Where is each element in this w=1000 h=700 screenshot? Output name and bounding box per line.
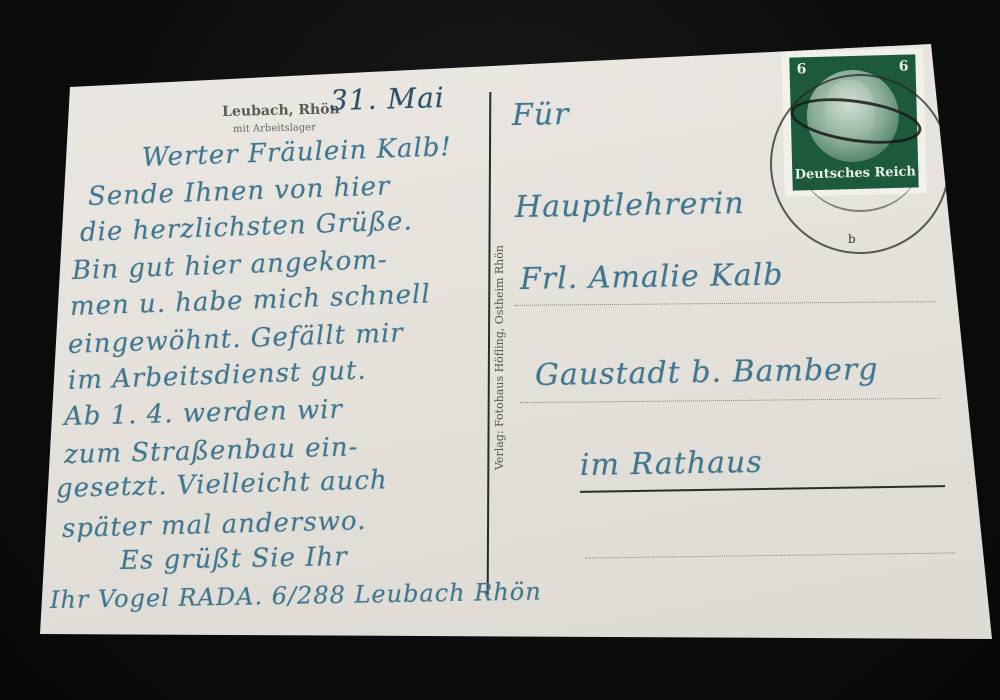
address-town: Gaustadt b. Bamberg: [535, 352, 879, 393]
address-line-2: [520, 398, 940, 403]
message-line: Werter Fräulein Kalb!: [141, 132, 452, 173]
message-line: die herzlichsten Grüße.: [79, 206, 413, 248]
address-street: im Rathaus: [580, 445, 763, 483]
address-recipient-name: Frl. Amalie Kalb: [520, 257, 784, 297]
message-line: später mal anderswo.: [62, 506, 367, 544]
message-line: gesetzt. Vielleicht auch: [56, 465, 388, 504]
message-line: eingewöhnt. Gefällt mir: [67, 318, 404, 360]
message-line: men u. habe mich schnell: [69, 279, 431, 322]
address-line-3-solid: [580, 485, 945, 493]
address-line-4: [585, 552, 955, 558]
stamp-value-left: 6: [796, 61, 806, 77]
message-date: 31. Mai: [330, 81, 446, 117]
address-prefix: Für: [512, 97, 570, 133]
address-line-1: [515, 301, 935, 306]
message-line: Es grüßt Sie Ihr: [120, 542, 348, 576]
printed-subtitle: mit Arbeitslager: [233, 122, 316, 135]
printed-title: Leubach, Rhön: [222, 101, 340, 120]
postmark-letter: b: [848, 232, 856, 246]
address-recipient-title: Hauptlehrerin: [515, 186, 745, 225]
message-line: Ab 1. 4. werden wir: [64, 395, 344, 432]
card-divider: [487, 92, 492, 595]
message-line: im Arbeitsdienst gut.: [67, 356, 367, 396]
postcard: Leubach, Rhön mit Arbeitslager Verlag: F…: [0, 0, 1000, 700]
publisher-imprint: Verlag: Fotohaus Höfling, Ostheim Rhön: [493, 245, 506, 470]
message-signature: Ihr Vogel RADA. 6/288 Leubach Rhön: [50, 577, 542, 614]
stamp-value-right: 6: [899, 59, 909, 75]
message-line: Sende Ihnen von hier: [87, 171, 390, 212]
message-line: zum Straßenbau ein-: [64, 432, 359, 470]
message-line: Bin gut hier angekom-: [71, 245, 388, 286]
